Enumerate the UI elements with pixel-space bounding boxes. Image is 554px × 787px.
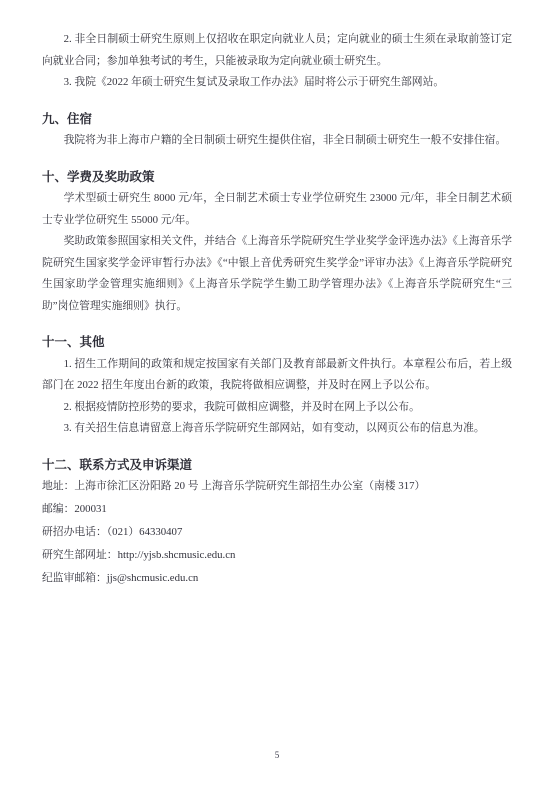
section-11-item-2: 2. 根据疫情防控形势的要求，我院可做相应调整，并及时在网上予以公布。: [42, 397, 512, 419]
section-11-item-3: 3. 有关招生信息请留意上海音乐学院研究生部网站，如有变动，以网页公布的信息为准…: [42, 418, 512, 440]
section-12-heading: 十二、联系方式及申诉渠道: [42, 455, 512, 477]
section-10-tuition: 学术型硕士研究生 8000 元/年，全日制艺术硕士专业学位研究生 23000 元…: [42, 188, 512, 231]
section-9-heading: 九、住宿: [42, 109, 512, 131]
contact-website: 研究生部网址：http://yjsb.shcmusic.edu.cn: [42, 545, 512, 567]
section-11-heading: 十一、其他: [42, 332, 512, 354]
contact-postcode: 邮编：200031: [42, 499, 512, 521]
document-page: 2. 非全日制硕士研究生原则上仅招收在职定向就业人员；定向就业的硕士生须在录取前…: [0, 0, 554, 787]
section-11-item-1: 1. 招生工作期间的政策和规定按国家有关部门及教育部最新文件执行。本章程公布后，…: [42, 354, 512, 397]
contact-address: 地址：上海市徐汇区汾阳路 20 号 上海音乐学院研究生部招生办公室（南楼 317…: [42, 476, 512, 498]
page-content: 2. 非全日制硕士研究生原则上仅招收在职定向就业人员；定向就业的硕士生须在录取前…: [0, 0, 554, 590]
paragraph-admission-rule-3: 3. 我院《2022 年硕士研究生复试及录取工作办法》届时将公示于研究生部网站。: [42, 72, 512, 94]
contact-email: 纪监审邮箱：jjs@shcmusic.edu.cn: [42, 568, 512, 590]
section-9-body: 我院将为非上海市户籍的全日制硕士研究生提供住宿，非全日制硕士研究生一般不安排住宿…: [42, 130, 512, 152]
paragraph-admission-rule-2: 2. 非全日制硕士研究生原则上仅招收在职定向就业人员；定向就业的硕士生须在录取前…: [42, 29, 512, 72]
section-10-heading: 十、学费及奖助政策: [42, 167, 512, 189]
section-10-policy: 奖助政策参照国家相关文件，并结合《上海音乐学院研究生学业奖学金评选办法》《上海音…: [42, 231, 512, 317]
page-number: 5: [0, 750, 554, 760]
contact-phone: 研招办电话：（021）64330407: [42, 522, 512, 544]
